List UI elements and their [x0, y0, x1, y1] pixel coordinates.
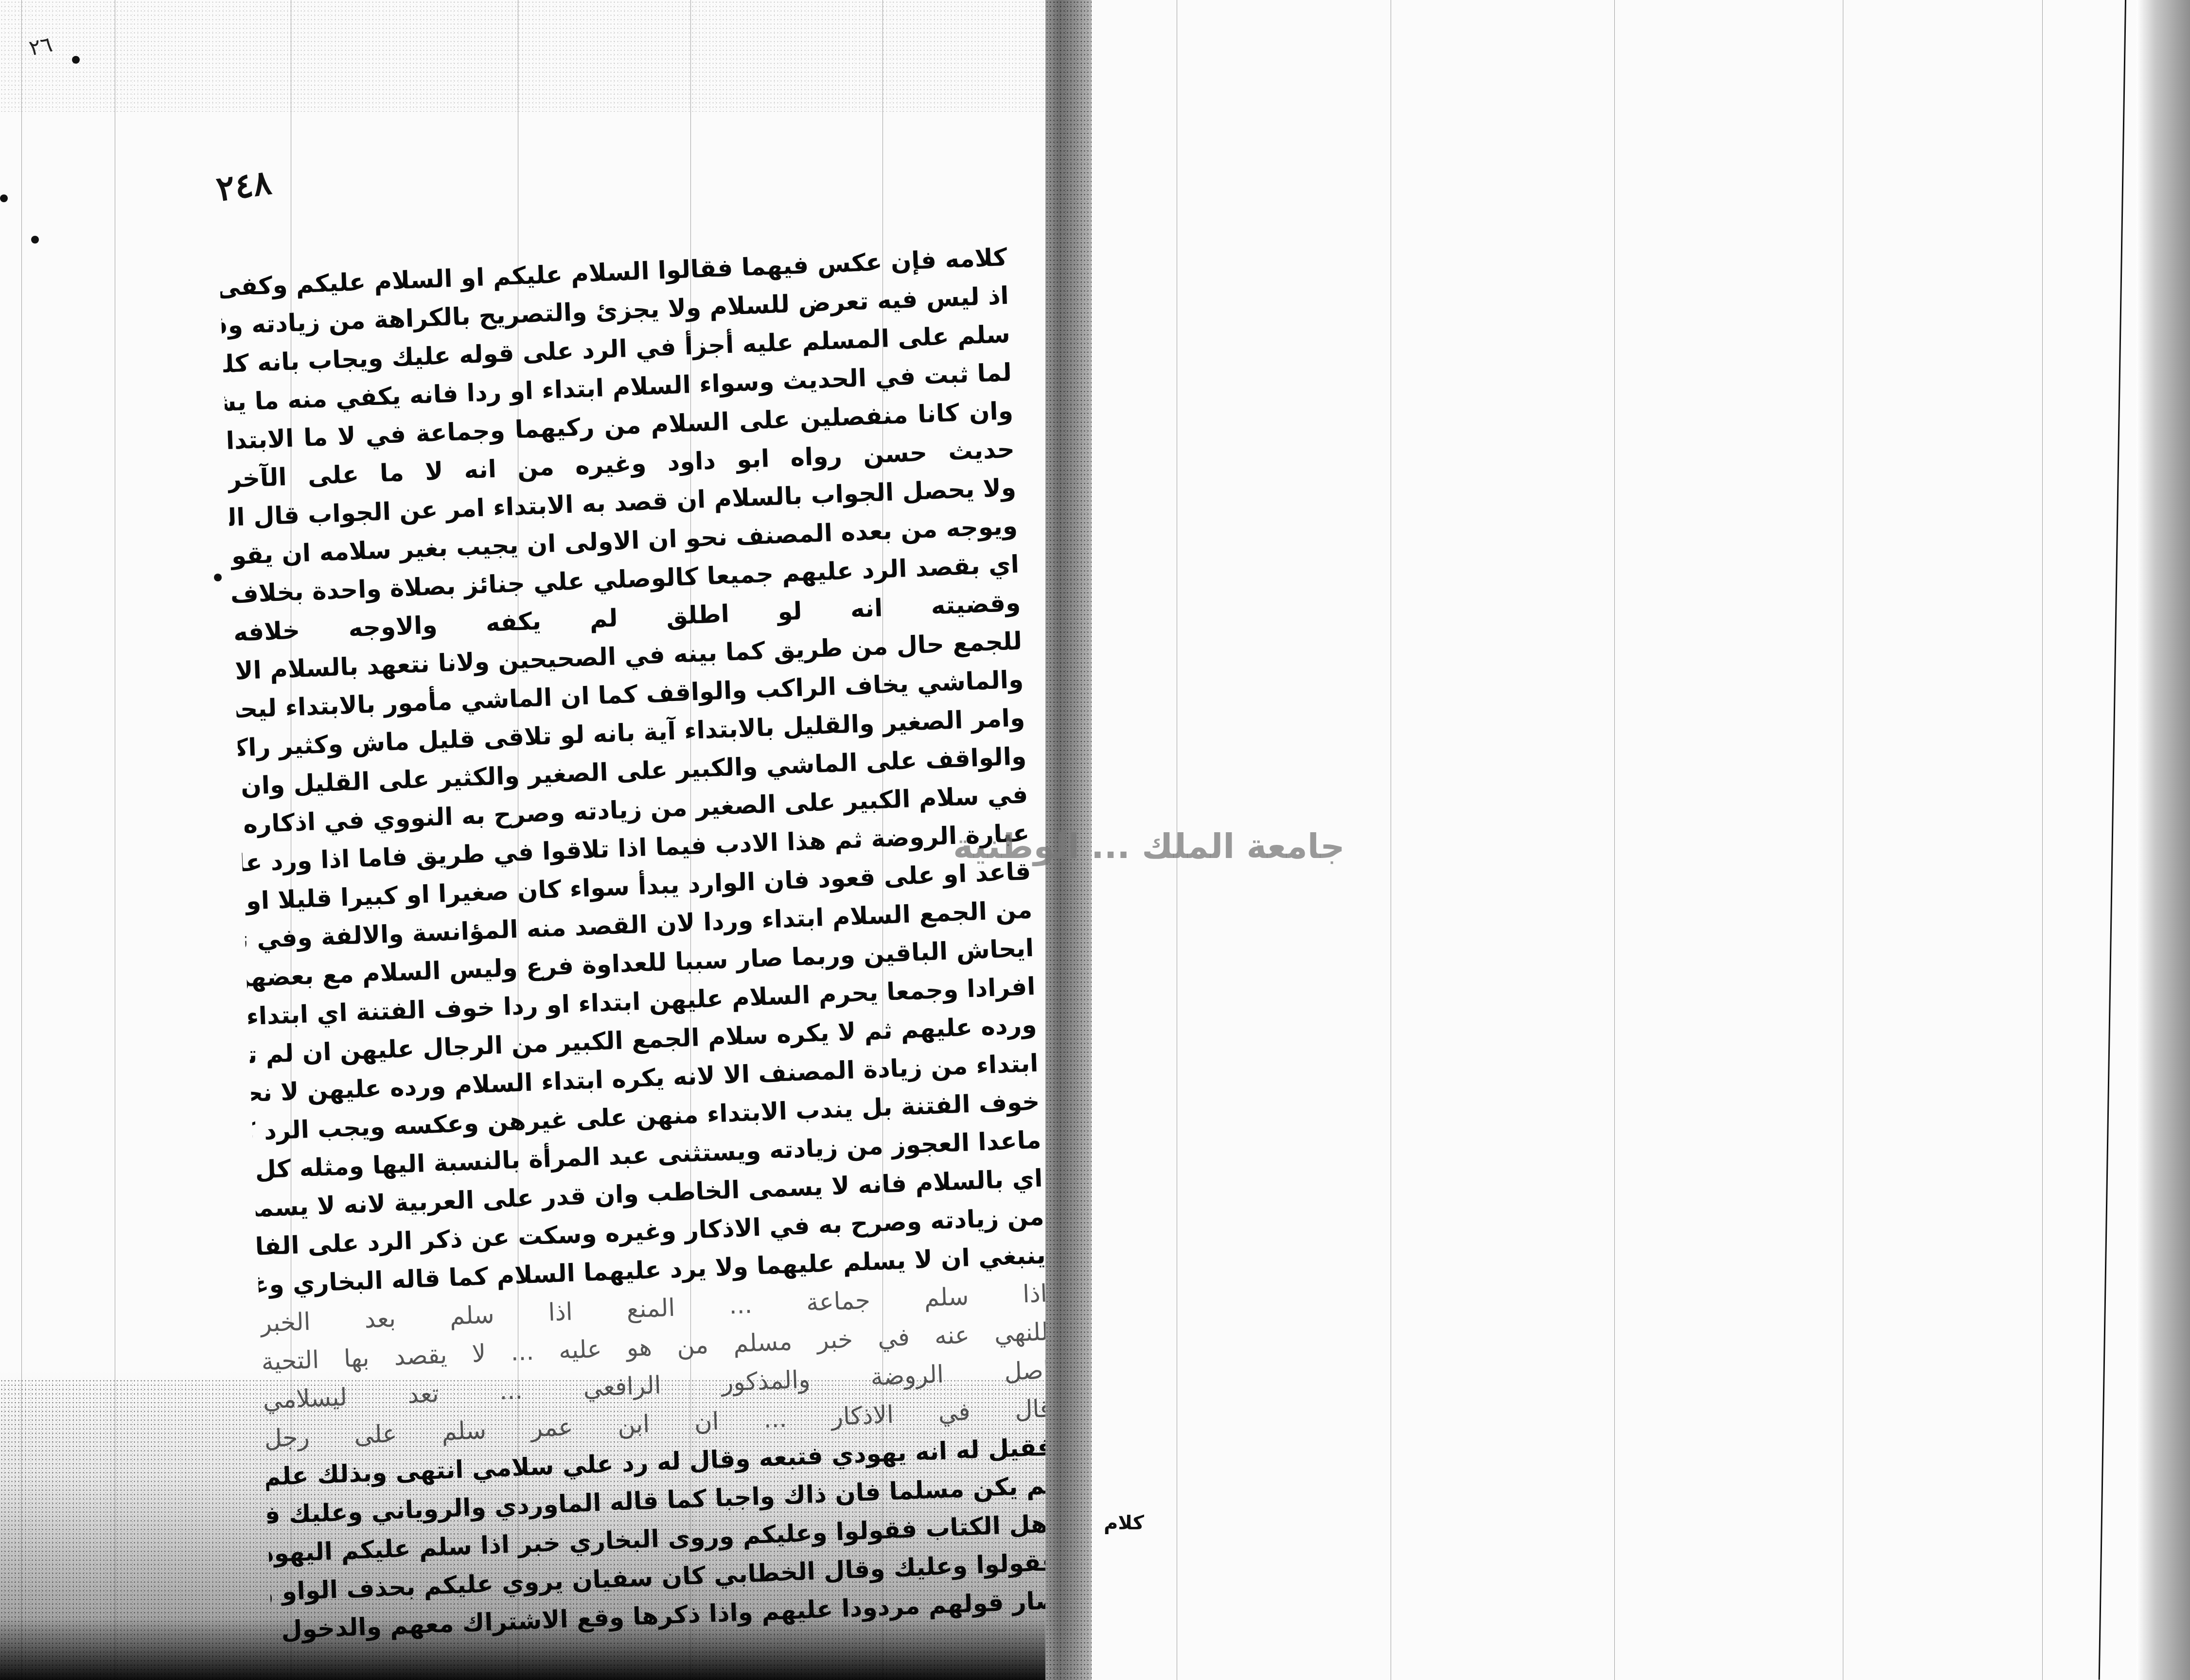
ink-spot	[214, 574, 222, 581]
ruling-line	[1391, 0, 1391, 1680]
ruling-line	[1614, 0, 1615, 1680]
ink-spot	[0, 194, 8, 202]
left-page: ٢٦ ٢٤٨ كلامه فإن عكس فيهما فقالوا السلام…	[0, 0, 1050, 1680]
library-watermark: جامعة الملك ... الوطنية	[953, 826, 1345, 866]
folio-number: ٢٤٨	[214, 162, 274, 210]
ruling-line	[1843, 0, 1843, 1680]
right-edge-shadow	[2137, 0, 2190, 1680]
bottom-scan-shadow	[0, 1369, 1050, 1680]
top-scan-noise	[0, 0, 1050, 112]
manuscript-spread: ٢٦ ٢٤٨ كلامه فإن عكس فيهما فقالوا السلام…	[0, 0, 2190, 1680]
catchword: كلام	[1104, 1512, 1144, 1534]
ink-spot	[31, 236, 39, 244]
ink-spot	[72, 56, 80, 64]
ruling-line	[2042, 0, 2043, 1680]
corner-page-number: ٢٦	[27, 32, 54, 61]
